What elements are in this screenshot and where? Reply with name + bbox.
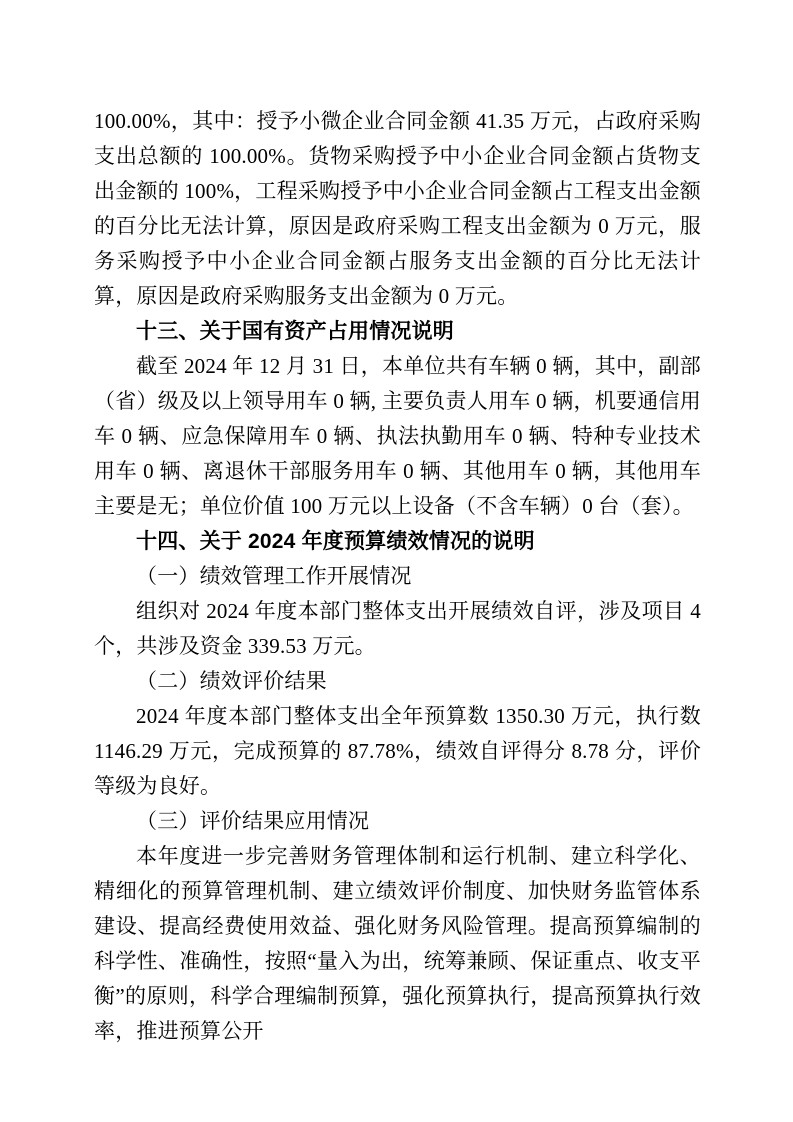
paragraph-performance-self-evaluation: 组织对 2024 年度本部门整体支出开展绩效自评，涉及项目 4 个，共涉及资金 …: [94, 594, 701, 664]
subheading-evaluation-results-application: （三）评价结果应用情况: [94, 804, 701, 839]
heading-section-14-budget-performance: 十四、关于 2024 年度预算绩效情况的说明: [94, 524, 701, 559]
paragraph-financial-management-improvement: 本年度进一步完善财务管理体制和运行机制、建立科学化、精细化的预算管理机制、建立绩…: [94, 839, 701, 1049]
document-page: 100.00%，其中：授予小微企业合同金额 41.35 万元，占政府采购支出总额…: [0, 0, 793, 1122]
paragraph-procurement-smb-continued: 100.00%，其中：授予小微企业合同金额 41.35 万元，占政府采购支出总额…: [94, 104, 701, 314]
paragraph-budget-execution-results: 2024 年度本部门整体支出全年预算数 1350.30 万元，执行数 1146.…: [94, 699, 701, 804]
paragraph-state-assets-vehicles: 截至 2024 年 12 月 31 日，本单位共有车辆 0 辆，其中，副部（省）…: [94, 349, 701, 524]
subheading-performance-evaluation-results: （二）绩效评价结果: [94, 664, 701, 699]
subheading-performance-management-work: （一）绩效管理工作开展情况: [94, 559, 701, 594]
heading-section-13-state-assets: 十三、关于国有资产占用情况说明: [94, 314, 701, 349]
